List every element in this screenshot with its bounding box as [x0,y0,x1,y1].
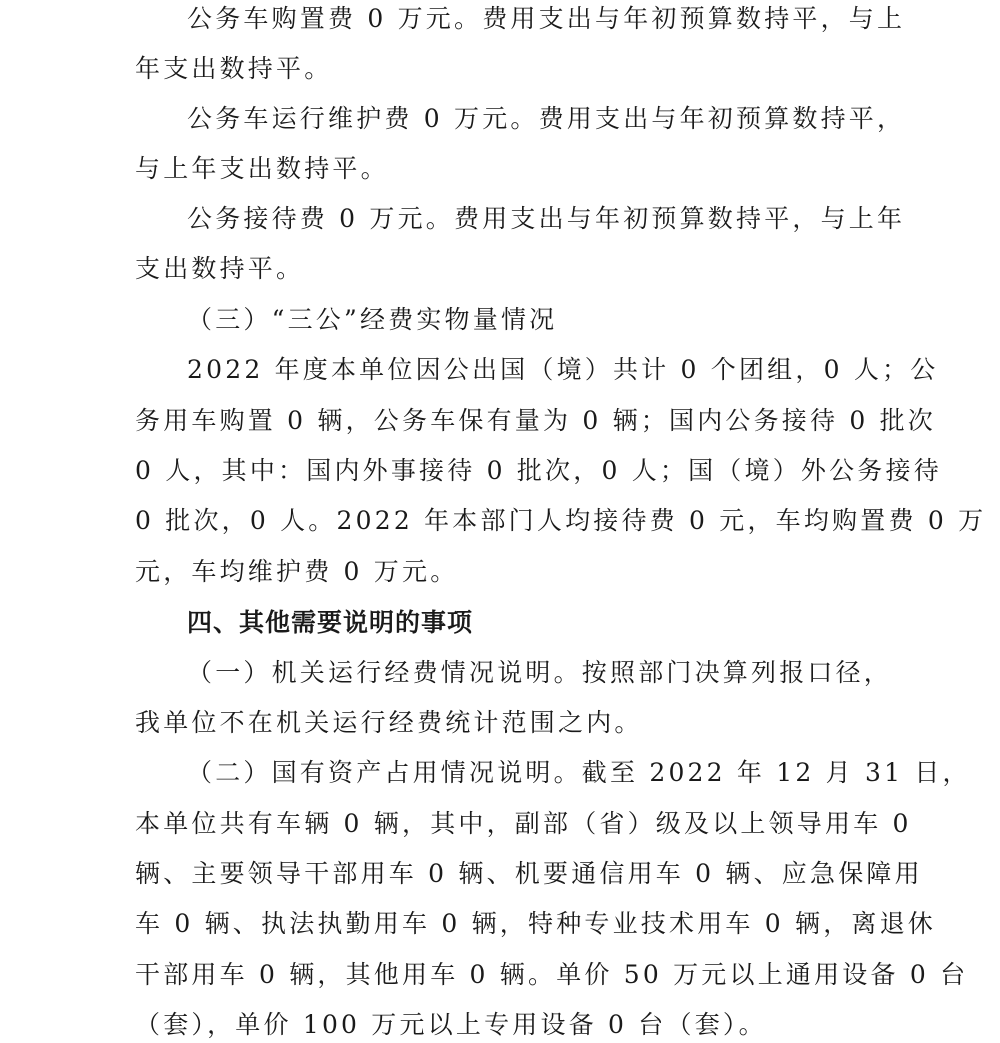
paragraph-state-assets-line-6: （套），单价 100 万元以上专用设备 0 台（套）。 [135,1000,865,1043]
paragraph-operating-expenses-line-1: （一）机关运行经费情况说明。按照部门决算列报口径， [187,648,917,698]
paragraph-physical-quantity-line-4: 0 批次，0 人。2022 年本部门人均接待费 0 元，车均购置费 0 万 [135,496,865,546]
document-page: 公务车购置费 0 万元。费用支出与年初预算数持平，与上 年支出数持平。 公务车运… [0,0,1000,1043]
paragraph-physical-quantity-line-2: 务用车购置 0 辆，公务车保有量为 0 辆；国内公务接待 0 批次 [135,396,865,446]
paragraph-state-assets-line-4: 车 0 辆、执法执勤用车 0 辆，特种专业技术用车 0 辆，离退休 [135,899,865,949]
paragraph-physical-quantity-line-5: 元，车均维护费 0 万元。 [135,547,865,597]
paragraph-physical-quantity-line-1: 2022 年度本单位因公出国（境）共计 0 个团组，0 人；公 [187,345,917,395]
paragraph-reception-line-2: 支出数持平。 [135,244,865,294]
paragraph-vehicle-maintenance-line-1: 公务车运行维护费 0 万元。费用支出与年初预算数持平， [187,94,917,144]
section-heading-other-matters: 四、其他需要说明的事项 [187,598,917,648]
paragraph-reception-line-1: 公务接待费 0 万元。费用支出与年初预算数持平，与上年 [187,194,917,244]
paragraph-state-assets-line-3: 辆、主要领导干部用车 0 辆、机要通信用车 0 辆、应急保障用 [135,849,865,899]
paragraph-state-assets-line-5: 干部用车 0 辆，其他用车 0 辆。单价 50 万元以上通用设备 0 台 [135,950,865,1000]
subheading-physical-quantity: （三）“三公”经费实物量情况 [187,295,917,345]
paragraph-operating-expenses-line-2: 我单位不在机关运行经费统计范围之内。 [135,698,865,748]
paragraph-vehicle-purchase-line-1: 公务车购置费 0 万元。费用支出与年初预算数持平，与上 [187,0,917,44]
paragraph-state-assets-line-1: （二）国有资产占用情况说明。截至 2022 年 12 月 31 日， [187,748,917,798]
paragraph-vehicle-maintenance-line-2: 与上年支出数持平。 [135,144,865,194]
paragraph-physical-quantity-line-3: 0 人，其中：国内外事接待 0 批次，0 人；国（境）外公务接待 [135,446,865,496]
paragraph-vehicle-purchase-line-2: 年支出数持平。 [135,44,865,94]
paragraph-state-assets-line-2: 本单位共有车辆 0 辆，其中，副部（省）级及以上领导用车 0 [135,799,865,849]
